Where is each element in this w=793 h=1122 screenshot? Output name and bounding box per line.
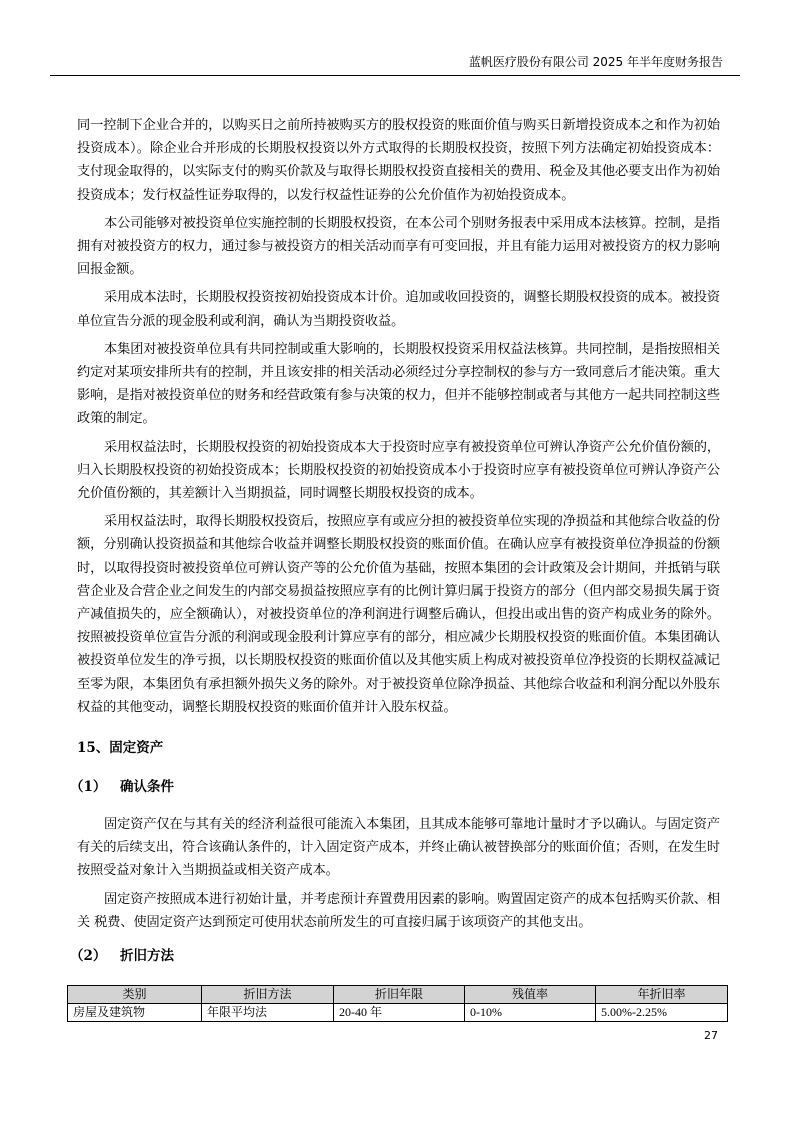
paragraph: 采用权益法时，长期股权投资的初始投资成本大于投资时应享有被投资单位可辨认净资产公… — [77, 436, 720, 506]
paragraph: 采用权益法时，取得长期股权投资后，按照应享有或应分担的被投资单位实现的净损益和其… — [77, 510, 720, 719]
paragraph: 同一控制下企业合并的，以购买日之前所持被购买方的股权投资的账面价值与购买日新增投… — [77, 114, 720, 207]
recognition-text: 固定资产仅在与其有关的经济利益很可能流入本集团，且其成本能够可靠地计量时才予以确… — [77, 813, 720, 939]
column-header: 年折旧率 — [596, 986, 728, 1004]
header-rule — [50, 75, 740, 76]
column-header: 残值率 — [465, 986, 596, 1004]
subsection-title: 确认条件 — [120, 779, 174, 795]
column-header: 折旧年限 — [334, 986, 465, 1004]
paragraph: 固定资产按照成本进行初始计量，并考虑预计弃置费用因素的影响。购置固定资产的成本包… — [77, 888, 720, 934]
subsection-heading-recognition: （1）确认条件 — [70, 777, 174, 797]
subsection-number: （2） — [70, 946, 120, 966]
table-cell: 20-40 年 — [334, 1004, 465, 1022]
column-header: 类别 — [68, 986, 202, 1004]
table-row: 房屋及建筑物 年限平均法 20-40 年 0-10% 5.00%-2.25% — [68, 1004, 728, 1022]
table-cell: 年限平均法 — [202, 1004, 334, 1022]
page-header-title: 蓝帆医疗股份有限公司 2025 年半年度财务报告 — [469, 55, 723, 69]
page-number: 27 — [704, 1029, 718, 1042]
paragraph: 固定资产仅在与其有关的经济利益很可能流入本集团，且其成本能够可靠地计量时才予以确… — [77, 813, 720, 883]
body-text-top: 同一控制下企业合并的，以购买日之前所持被购买方的股权投资的账面价值与购买日新增投… — [77, 114, 720, 724]
subsection-heading-depreciation: （2）折旧方法 — [70, 946, 174, 966]
subsection-title: 折旧方法 — [120, 948, 174, 964]
paragraph: 采用成本法时，长期股权投资按初始投资成本计价。追加或收回投资的，调整长期股权投资… — [77, 286, 720, 332]
table-cell: 房屋及建筑物 — [68, 1004, 202, 1022]
column-header: 折旧方法 — [202, 986, 334, 1004]
section-heading-fixed-assets: 15、固定资产 — [77, 738, 163, 758]
subsection-number: （1） — [70, 777, 120, 797]
paragraph: 本集团对被投资单位具有共同控制或重大影响的，长期股权投资采用权益法核算。共同控制… — [77, 338, 720, 431]
table-cell: 0-10% — [465, 1004, 596, 1022]
table-cell: 5.00%-2.25% — [596, 1004, 728, 1022]
table-header-row: 类别 折旧方法 折旧年限 残值率 年折旧率 — [68, 986, 728, 1004]
depreciation-table: 类别 折旧方法 折旧年限 残值率 年折旧率 房屋及建筑物 年限平均法 20-40… — [67, 985, 728, 1022]
paragraph: 本公司能够对被投资单位实施控制的长期股权投资，在本公司个别财务报表中采用成本法核… — [77, 212, 720, 282]
